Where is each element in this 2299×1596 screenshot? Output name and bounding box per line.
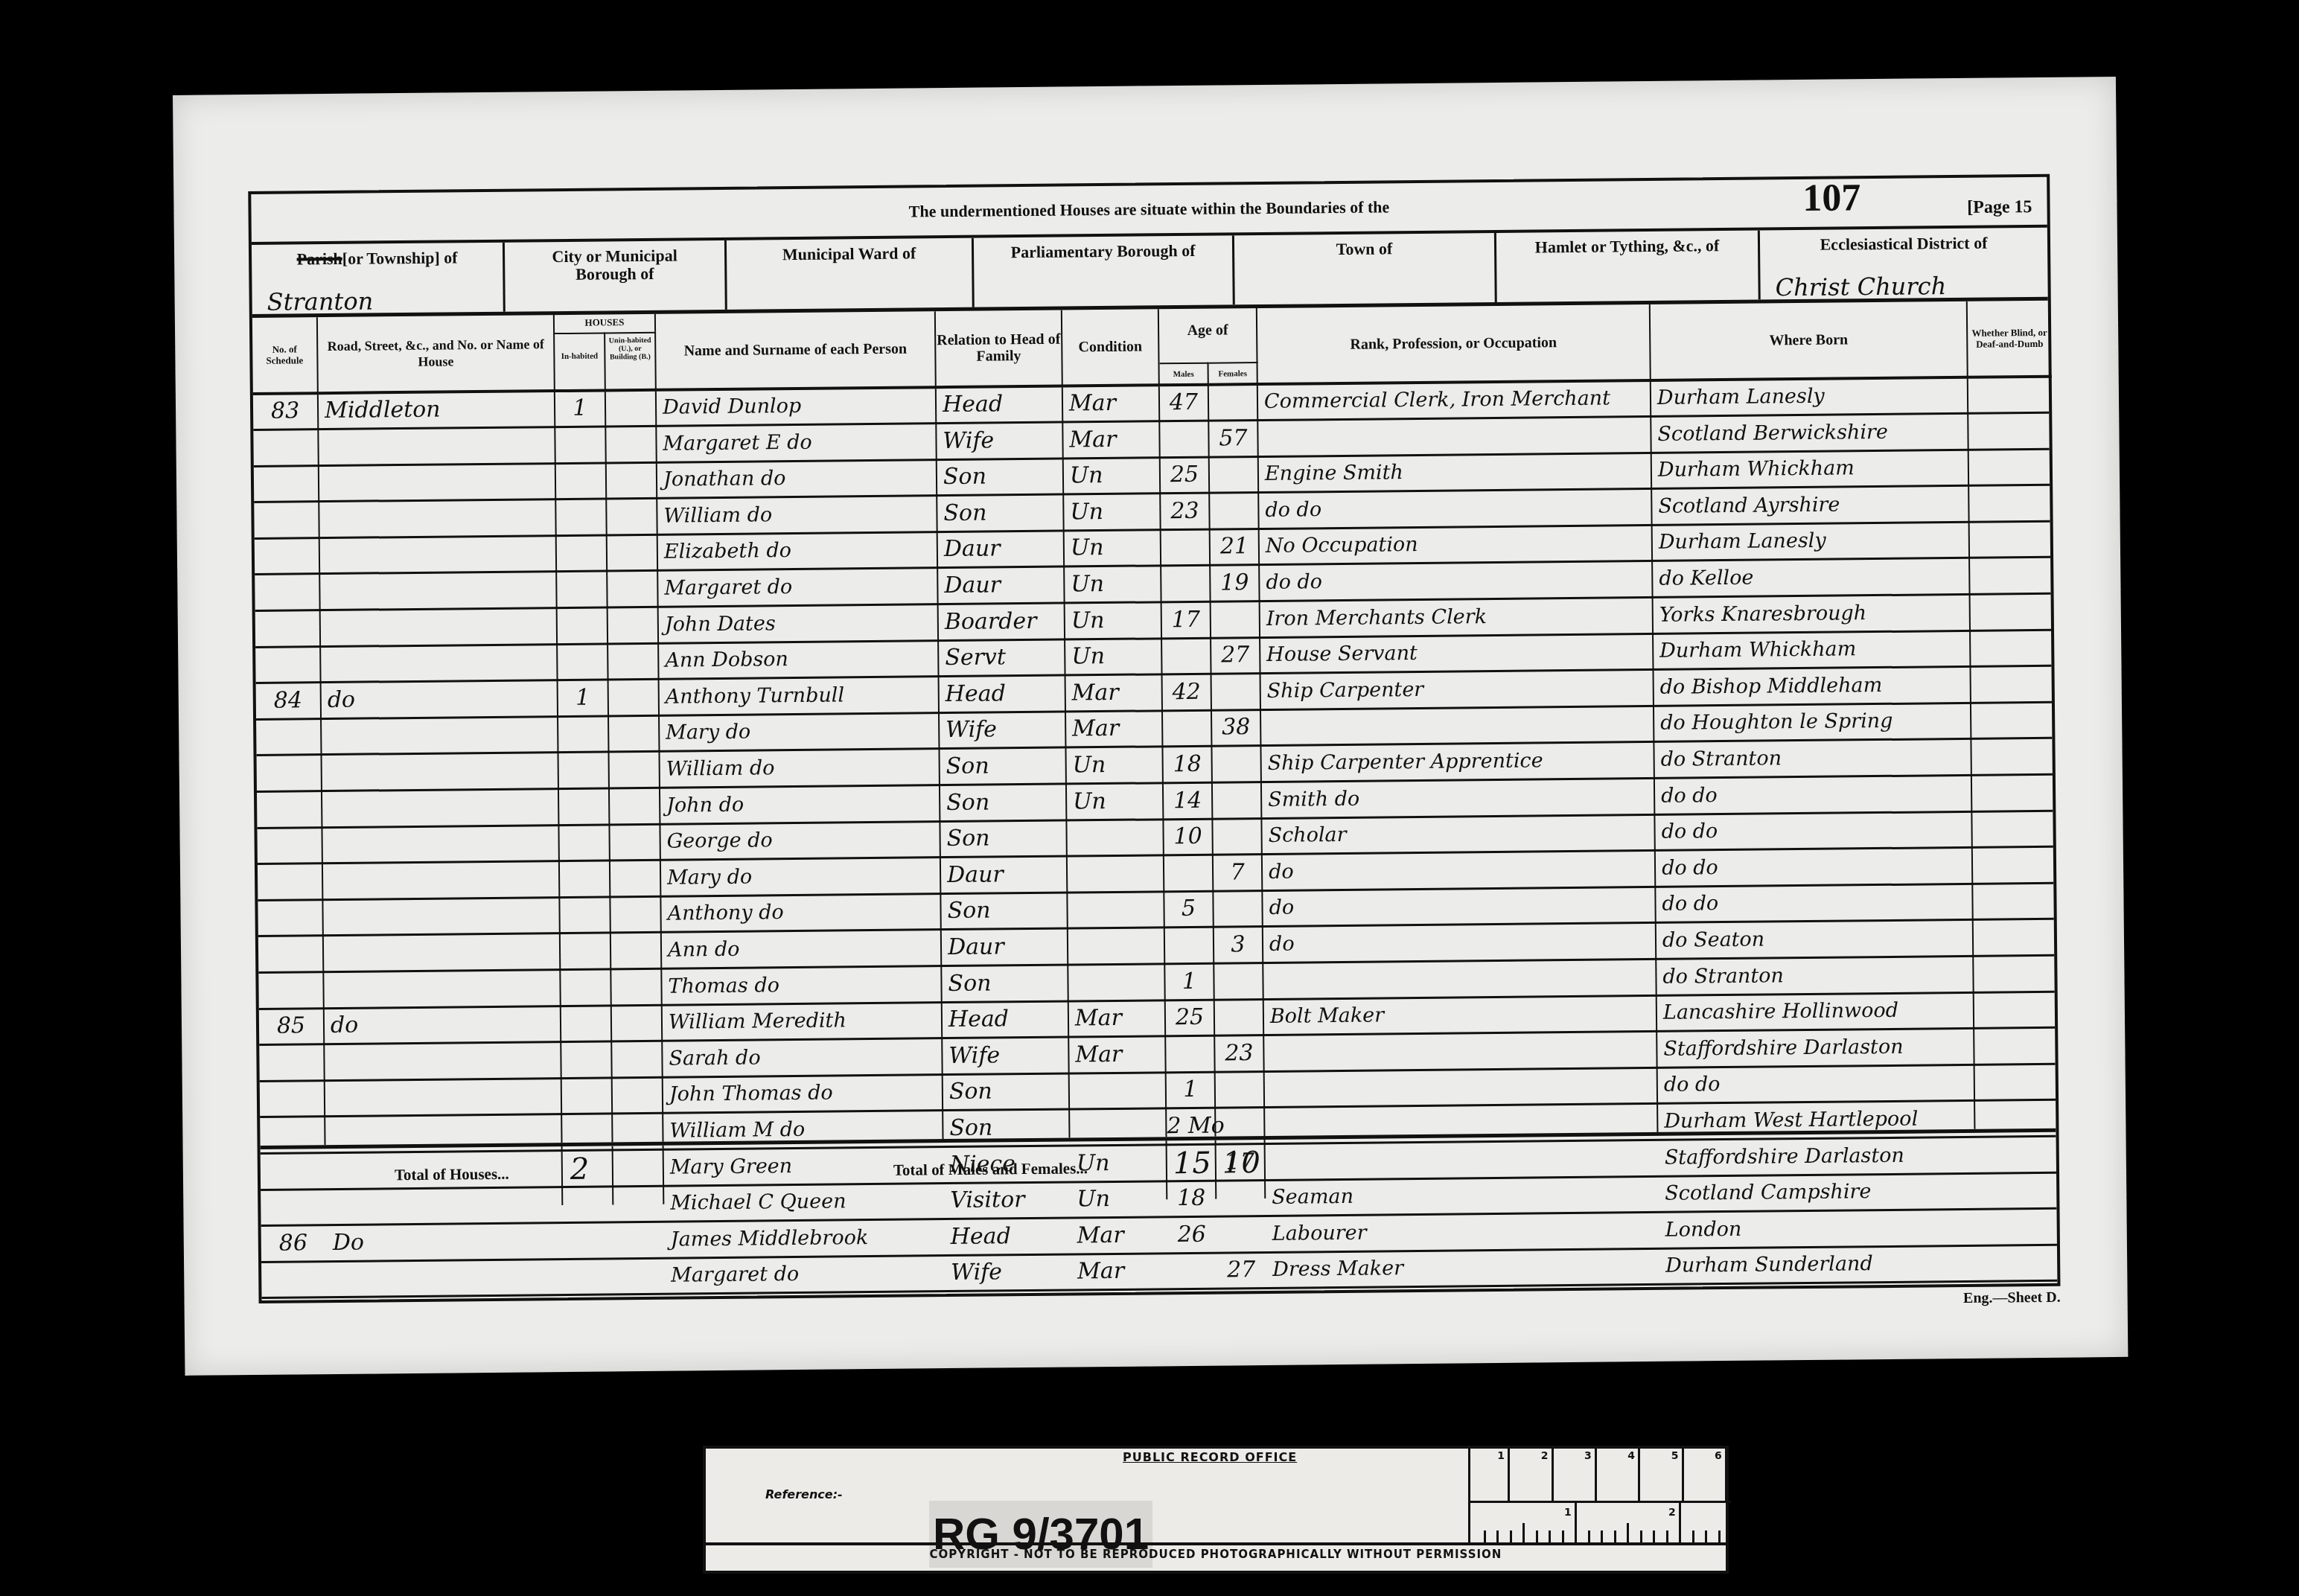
district-label: Hamlet or Tything, &c., of: [1535, 236, 1720, 256]
road-name: Do: [327, 1225, 562, 1260]
condition: Un: [1064, 495, 1159, 529]
male-age: 42: [1163, 675, 1211, 709]
district-town: Town of: [1234, 233, 1497, 304]
col-houses: HOUSES: [555, 314, 656, 333]
male-age: 14: [1164, 784, 1211, 818]
male-age: 25: [1161, 459, 1208, 493]
condition: [1068, 965, 1164, 1000]
relation: Son: [940, 750, 1065, 785]
ruler-tick: [1725, 1449, 1727, 1501]
occupation: [1263, 961, 1655, 998]
female-age: [1210, 458, 1257, 492]
schedule-number: 84: [256, 684, 320, 718]
inhabited-count: [558, 645, 607, 680]
relation: Son: [942, 966, 1067, 1001]
person-name: Margaret E do: [657, 425, 935, 462]
occupation: Engine Smith: [1259, 454, 1651, 491]
where-born: do Houghton le Spring: [1654, 704, 1970, 741]
col-relation: Relation to Head of Family: [936, 310, 1063, 389]
inhabited-count: [561, 1043, 610, 1077]
female-age: [1212, 747, 1260, 782]
schedule-number: 83: [253, 395, 317, 429]
occupation: [1258, 418, 1650, 456]
schedule-number: [255, 575, 319, 610]
ruler-label-cm: 6: [1715, 1450, 1722, 1462]
where-born: do do: [1656, 885, 1971, 922]
ruler-tick: [1575, 1501, 1577, 1544]
relation: Head: [940, 677, 1065, 712]
male-age: [1162, 639, 1210, 674]
condition: Un: [1067, 785, 1162, 819]
female-age: 57: [1209, 422, 1257, 456]
female-age: [1214, 892, 1261, 926]
condition: Mar: [1069, 1001, 1164, 1035]
condition: Un: [1065, 567, 1160, 601]
schedule-number: [253, 431, 317, 465]
person-name: Thomas do: [662, 968, 940, 1004]
road-name: [321, 645, 556, 681]
census-table: No. of Schedule Road, Street, &c., and N…: [252, 301, 2056, 1146]
total-females-value: 10: [1222, 1146, 1260, 1180]
inhabited-count: [561, 1007, 610, 1041]
schedule-number: 86: [261, 1227, 325, 1261]
col-road: Road, Street, &c., and No. or Name of Ho…: [318, 315, 555, 395]
person-name: Anthony Turnbull: [660, 678, 938, 715]
district-township: Parish[or Township] of Stranton: [252, 243, 506, 314]
male-age: 1: [1167, 1073, 1214, 1108]
folio-number: 107: [1802, 174, 1861, 223]
relation: Daur: [942, 931, 1067, 965]
person-name: Margaret do: [665, 1257, 943, 1294]
person-name: James Middlebrook: [665, 1221, 943, 1257]
occupation: Ship Carpenter: [1261, 671, 1653, 709]
occupation: [1265, 1069, 1657, 1106]
inhabited-count: [564, 1260, 613, 1295]
ruler-tick: [1595, 1449, 1597, 1501]
district-value: Stranton: [267, 292, 374, 310]
reference-card: PUBLIC RECORD OFFICE Reference:- RG 9/37…: [703, 1446, 1729, 1574]
census-form: The undermentioned Houses are situate wi…: [248, 174, 2060, 1303]
occupation: do: [1263, 925, 1655, 962]
col-schedule: No. of Schedule: [252, 317, 319, 395]
occupation: Ship Carpenter Apprentice: [1261, 744, 1653, 781]
male-age: [1164, 856, 1212, 890]
occupation: Smith do: [1262, 780, 1654, 817]
ruler-tick: [1679, 1501, 1681, 1544]
male-age: [1160, 422, 1208, 456]
road-name: [325, 1044, 560, 1079]
schedule-number: [259, 1046, 323, 1080]
occupation: [1264, 1033, 1656, 1070]
ruler-tick: [1522, 1523, 1525, 1544]
female-age: [1210, 494, 1257, 529]
district-label: Parliamentary Borough of: [1011, 241, 1196, 261]
person-name: Margaret do: [658, 569, 937, 606]
schedule-number: [258, 974, 322, 1008]
district-label: Town of: [1336, 239, 1393, 258]
person-name: Elizabeth do: [658, 534, 937, 570]
person-name: George do: [660, 823, 939, 859]
relation: Son: [937, 496, 1062, 531]
schedule-number: [254, 503, 318, 537]
relation: Son: [937, 460, 1062, 495]
road-name: [322, 826, 558, 862]
col-condition: Condition: [1062, 309, 1160, 387]
copyright-notice: COPYRIGHT - NOT TO BE REPRODUCED PHOTOGR…: [706, 1542, 1726, 1566]
road-name: [320, 537, 555, 572]
district-label: Ecclesiastical District of: [1820, 234, 1987, 254]
schedule-number: 85: [259, 1009, 323, 1044]
road-name: [325, 1079, 561, 1115]
schedule-number: [258, 901, 322, 936]
male-age: 5: [1164, 893, 1212, 927]
col-name: Name and Surname of each Person: [656, 311, 937, 392]
col-age: Age of: [1159, 308, 1258, 363]
female-age: 27: [1211, 639, 1259, 673]
district-borough: City or Municipal Borough of: [505, 240, 727, 312]
ruler-tick: [1627, 1523, 1629, 1544]
relation: Wife: [940, 713, 1065, 748]
where-born: Scotland Ayrshire: [1652, 488, 1968, 524]
occupation: do: [1263, 852, 1654, 890]
ruler-tick: [1682, 1449, 1684, 1501]
where-born: London: [1659, 1211, 1975, 1248]
inhabited-count: [558, 609, 607, 643]
occupation: Scholar: [1262, 816, 1654, 853]
where-born: Yorks Knaresbrough: [1654, 596, 1969, 632]
inhabited-count: 1: [555, 392, 605, 426]
person-name: William do: [657, 497, 936, 534]
total-houses-value: 2: [570, 1152, 590, 1187]
inhabited-count: [561, 934, 610, 968]
person-name: John Dates: [659, 606, 937, 642]
relation: Son: [941, 894, 1066, 929]
inhabited-count: [559, 753, 608, 788]
person-name: William do: [660, 750, 939, 787]
road-name: [323, 898, 558, 934]
inhabited-count: [559, 826, 608, 861]
district-parliamentary: Parliamentary Borough of: [974, 235, 1235, 307]
schedule-number: [255, 612, 319, 646]
schedule-number: [258, 937, 322, 971]
male-age: 18: [1163, 748, 1211, 782]
male-age: 23: [1161, 494, 1208, 529]
road-name: [319, 429, 554, 465]
person-name: Ann Dobson: [659, 642, 937, 678]
person-name: Jonathan do: [657, 461, 936, 497]
inhabited-count: [555, 428, 605, 462]
occupation: do do: [1260, 563, 1651, 600]
where-born: Durham Lanesly: [1653, 523, 1968, 560]
relation: Wife: [937, 424, 1062, 459]
road-name: [324, 971, 559, 1007]
female-age: [1213, 820, 1260, 854]
where-born: do Seaton: [1657, 922, 1972, 958]
where-born: do Stranton: [1654, 741, 1970, 777]
condition: Mar: [1063, 386, 1158, 421]
female-age: [1214, 965, 1262, 999]
schedule-number: [257, 829, 321, 863]
person-name: Anthony do: [661, 896, 940, 932]
male-age: 26: [1168, 1218, 1216, 1252]
road-name: [319, 465, 555, 500]
condition: [1068, 893, 1163, 928]
road-name: [324, 935, 559, 971]
ruler-tick: [1638, 1449, 1640, 1501]
female-age: [1216, 1073, 1263, 1107]
inhabited-count: [560, 862, 609, 896]
female-age: 27: [1217, 1254, 1265, 1288]
condition: Mar: [1071, 1255, 1167, 1289]
female-age: [1213, 784, 1260, 818]
total-males-value: 15: [1173, 1146, 1211, 1181]
col-infirmity: Whether Blind, or Deaf-and-Dumb: [1968, 301, 2052, 379]
relation: Daur: [938, 569, 1063, 604]
inhabited-count: [556, 465, 605, 499]
female-age: 7: [1214, 856, 1261, 890]
condition: [1067, 820, 1162, 855]
relation: Wife: [945, 1256, 1070, 1291]
male-age: 1: [1165, 965, 1213, 999]
road-name: [327, 1260, 562, 1296]
female-age: 21: [1211, 530, 1258, 564]
female-age: [1212, 675, 1260, 709]
where-born: do do: [1658, 1066, 1974, 1102]
inhabited-count: [556, 500, 605, 534]
schedule-number: [260, 1082, 324, 1117]
person-name: Mary do: [660, 715, 938, 751]
male-age: 10: [1164, 820, 1211, 855]
road-name: [321, 610, 556, 645]
where-born: do Bishop Middleham: [1654, 668, 1970, 705]
relation: Daur: [941, 858, 1066, 893]
district-label: City or Municipal Borough of: [552, 246, 677, 284]
ruler-tick: [1552, 1449, 1554, 1501]
inhabited-count: [560, 898, 609, 933]
female-age: [1217, 1218, 1265, 1252]
col-occupation: Rank, Profession, or Occupation: [1257, 304, 1651, 386]
district-ward: Municipal Ward of: [727, 238, 975, 310]
relation: Wife: [943, 1038, 1068, 1073]
person-name: Mary do: [661, 859, 940, 896]
col-uninhabited: Unin-habited (U.), or Building (B.): [605, 332, 657, 392]
col-females: Females: [1209, 362, 1258, 386]
male-age: [1166, 1037, 1214, 1071]
where-born: do do: [1655, 776, 1971, 813]
district-hamlet: Hamlet or Tything, &c., of: [1496, 231, 1761, 302]
male-age: [1161, 531, 1209, 565]
condition: Mar: [1066, 676, 1161, 710]
schedule-number: [257, 793, 321, 827]
occupation: [1261, 707, 1653, 744]
struck-label: Parish: [296, 249, 342, 269]
occupation: No Occupation: [1260, 526, 1651, 564]
road-name: [322, 754, 558, 790]
where-born: Staffordshire Darlaston: [1657, 1030, 1973, 1067]
person-name: William Meredith: [663, 1003, 941, 1040]
where-born: do do: [1656, 849, 1971, 886]
schedule-number: [256, 721, 320, 755]
inhabited-count: [558, 718, 608, 752]
district-value: Christ Church: [1775, 277, 1946, 296]
where-born: do Stranton: [1657, 957, 1972, 994]
total-persons-label: Total of Males and Females...: [893, 1159, 1088, 1180]
page-number: [Page 15: [1967, 183, 2032, 232]
female-age: 19: [1211, 566, 1258, 601]
where-born: Durham Sunderland: [1659, 1247, 1975, 1283]
col-where-born: Where Born: [1651, 301, 1968, 382]
occupation: House Servant: [1260, 635, 1652, 672]
condition: Mar: [1069, 1038, 1164, 1072]
condition: Mar: [1063, 423, 1158, 457]
person-name: Sarah do: [663, 1040, 941, 1076]
ruler-label-cm: 4: [1627, 1450, 1635, 1462]
district-label: Municipal Ward of: [782, 243, 916, 264]
schedule-number: [255, 648, 319, 682]
occupation: Dress Maker: [1266, 1250, 1658, 1287]
relation: Head: [945, 1219, 1070, 1254]
occupation: do: [1263, 888, 1654, 925]
female-age: 23: [1215, 1037, 1263, 1071]
person-name: John do: [660, 787, 939, 823]
female-age: [1215, 1000, 1263, 1035]
occupation: do do: [1259, 491, 1651, 528]
road-name: Middleton: [319, 392, 554, 428]
ruler-tick: [1508, 1449, 1510, 1501]
male-age: 17: [1162, 603, 1210, 637]
schedule-number: [255, 540, 319, 574]
road-name: [323, 863, 558, 898]
inhabited-count: [562, 1079, 611, 1114]
district-ecclesiastical: Ecclesiastical District of Christ Church: [1760, 228, 2048, 300]
col-inhabited: In-habited: [555, 332, 606, 392]
district-label: [or Township] of: [342, 248, 458, 267]
road-name: do: [322, 682, 557, 718]
where-born: Lancashire Hollinwood: [1657, 994, 1973, 1030]
where-born: Durham Whickham: [1652, 451, 1968, 488]
relation: Head: [937, 388, 1062, 423]
relation: Daur: [938, 532, 1063, 567]
where-born: do Kelloe: [1653, 560, 1968, 596]
road-name: [320, 573, 555, 609]
male-age: 47: [1160, 386, 1208, 421]
condition: Un: [1064, 459, 1159, 493]
where-born: Scotland Berwickshire: [1651, 415, 1967, 451]
office-label: PUBLIC RECORD OFFICE: [1123, 1450, 1297, 1464]
inhabited-count: [557, 537, 606, 571]
male-age: [1165, 929, 1213, 963]
census-page: The undermentioned Houses are situate wi…: [173, 77, 2128, 1376]
schedule-number: [258, 865, 322, 899]
person-name: David Dunlop: [657, 389, 935, 425]
condition: [1068, 929, 1164, 963]
condition: Un: [1065, 639, 1161, 674]
condition: Un: [1066, 748, 1161, 782]
condition: Un: [1065, 532, 1160, 566]
sheet-mark: Eng.—Sheet D.: [1963, 1289, 2061, 1307]
ruler-label-cm: 3: [1584, 1450, 1592, 1462]
condition: Mar: [1071, 1219, 1167, 1253]
total-houses-label: Total of Houses...: [395, 1165, 509, 1184]
female-age: [1209, 386, 1257, 420]
ruler-label-inch: 1: [1564, 1507, 1572, 1519]
person-name: John Thomas do: [663, 1076, 942, 1113]
ruler-label-cm: 2: [1541, 1450, 1549, 1462]
where-born: Durham Lanesly: [1651, 379, 1967, 415]
male-age: [1163, 712, 1211, 746]
banner-text: The undermentioned Houses are situate wi…: [909, 197, 1390, 220]
female-age: [1211, 603, 1259, 637]
inhabited-count: [561, 971, 610, 1005]
relation: Boarder: [939, 604, 1064, 639]
condition: Mar: [1066, 712, 1161, 747]
occupation: Labourer: [1266, 1214, 1658, 1251]
relation: Son: [940, 785, 1065, 820]
ruler-label-cm: 1: [1497, 1450, 1505, 1462]
road-name: [319, 501, 555, 537]
condition: [1070, 1074, 1165, 1108]
male-age: [1161, 567, 1209, 601]
road-name: do: [325, 1007, 560, 1043]
inhabited-count: [559, 790, 608, 824]
scale-ruler: 123456 12: [1468, 1449, 1731, 1545]
schedule-number: [257, 756, 321, 791]
relation: Head: [943, 1003, 1068, 1038]
road-name: [322, 791, 558, 826]
schedule-number: [261, 1263, 325, 1297]
condition: [1068, 857, 1163, 891]
reference-label: Reference:-: [765, 1487, 843, 1501]
relation: Son: [943, 1075, 1068, 1110]
occupation: Iron Merchants Clerk: [1260, 599, 1652, 636]
female-age: 3: [1214, 928, 1262, 963]
where-born: Durham Whickham: [1654, 632, 1969, 668]
col-males: Males: [1160, 363, 1209, 387]
condition: Un: [1065, 604, 1161, 638]
occupation: Commercial Clerk, Iron Merchant: [1258, 382, 1650, 419]
male-age: [1168, 1254, 1216, 1289]
inhabited-count: 1: [558, 681, 608, 715]
road-name: [322, 718, 557, 753]
occupation: Bolt Maker: [1264, 997, 1656, 1034]
person-name: Ann do: [662, 931, 940, 968]
schedule-number: [254, 467, 318, 501]
ruler-label-inch: 2: [1668, 1507, 1676, 1519]
inhabited-count: [564, 1224, 613, 1258]
relation: Servt: [939, 641, 1064, 676]
male-age: 25: [1166, 1001, 1214, 1035]
where-born: do do: [1655, 813, 1971, 849]
ruler-label-cm: 5: [1671, 1450, 1679, 1462]
relation: Son: [940, 822, 1065, 857]
inhabited-count: [557, 572, 606, 607]
female-age: 38: [1212, 711, 1260, 745]
